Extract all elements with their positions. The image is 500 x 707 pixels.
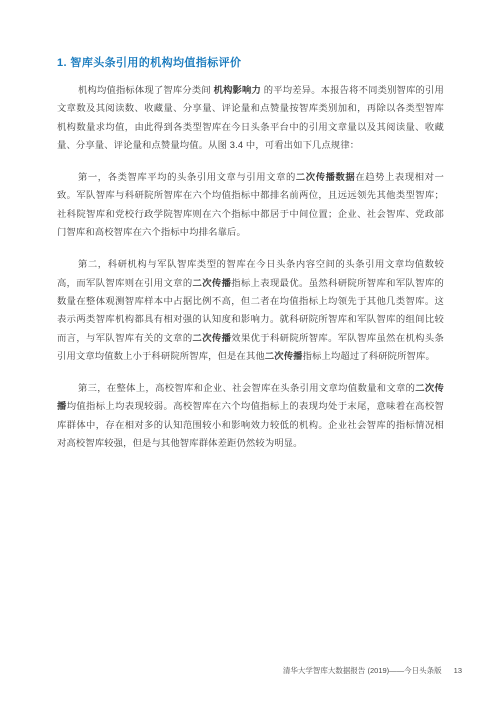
body-text: 第三，在整体上，高校智库和企业、社会智库在头条引用文章均值数量和文章的 <box>78 383 415 393</box>
paragraph: 第二，科研机构与军队智库类型的智库在今日头条内容空间的头条引用文章均值数较高，而… <box>57 255 444 365</box>
emphasis-text: 二次传播 <box>265 351 303 361</box>
paragraph: 第三，在整体上，高校智库和企业、社会智库在头条引用文章均值数量和文章的二次传播均… <box>57 379 444 452</box>
page-content: 1. 智库头条引用的机构均值指标评价 机构均值指标体现了智库分类间 机构影响力 … <box>57 56 444 466</box>
page-footer: 清华大学智库大数据报告 (2019)——今日头条版13 <box>283 666 462 676</box>
emphasis-text: 二次传播 <box>193 278 232 288</box>
footer-report-title: 清华大学智库大数据报告 (2019)——今日头条版 <box>283 666 442 675</box>
body-text: 机构均值指标体现了智库分类间 <box>78 85 214 95</box>
emphasis-text: 二次传播数据 <box>296 172 355 182</box>
body-text: 均值指标上均表现较弱。高校智库在六个均值指标上的表现均处于末尾，意味着在高校智库… <box>57 401 444 448</box>
body-text: 指标上均超过了科研院所智库。 <box>303 351 435 361</box>
paragraph: 第一，各类智库平均的头条引用文章与引用文章的二次传播数据在趋势上表现相对一致。军… <box>57 168 444 241</box>
footer-page-number: 13 <box>454 666 462 675</box>
paragraph: 机构均值指标体现了智库分类间 机构影响力 的平均差异。本报告将不同类别智库的引用… <box>57 81 444 154</box>
paragraphs: 机构均值指标体现了智库分类间 机构影响力 的平均差异。本报告将不同类别智库的引用… <box>57 81 444 452</box>
emphasis-text: 机构影响力 <box>214 85 261 95</box>
emphasis-text: 二次传播 <box>193 333 232 343</box>
body-text: 第一，各类智库平均的头条引用文章与引用文章的 <box>78 172 296 182</box>
document-page: 1. 智库头条引用的机构均值指标评价 机构均值指标体现了智库分类间 机构影响力 … <box>0 0 500 707</box>
section-heading: 1. 智库头条引用的机构均值指标评价 <box>57 56 444 70</box>
